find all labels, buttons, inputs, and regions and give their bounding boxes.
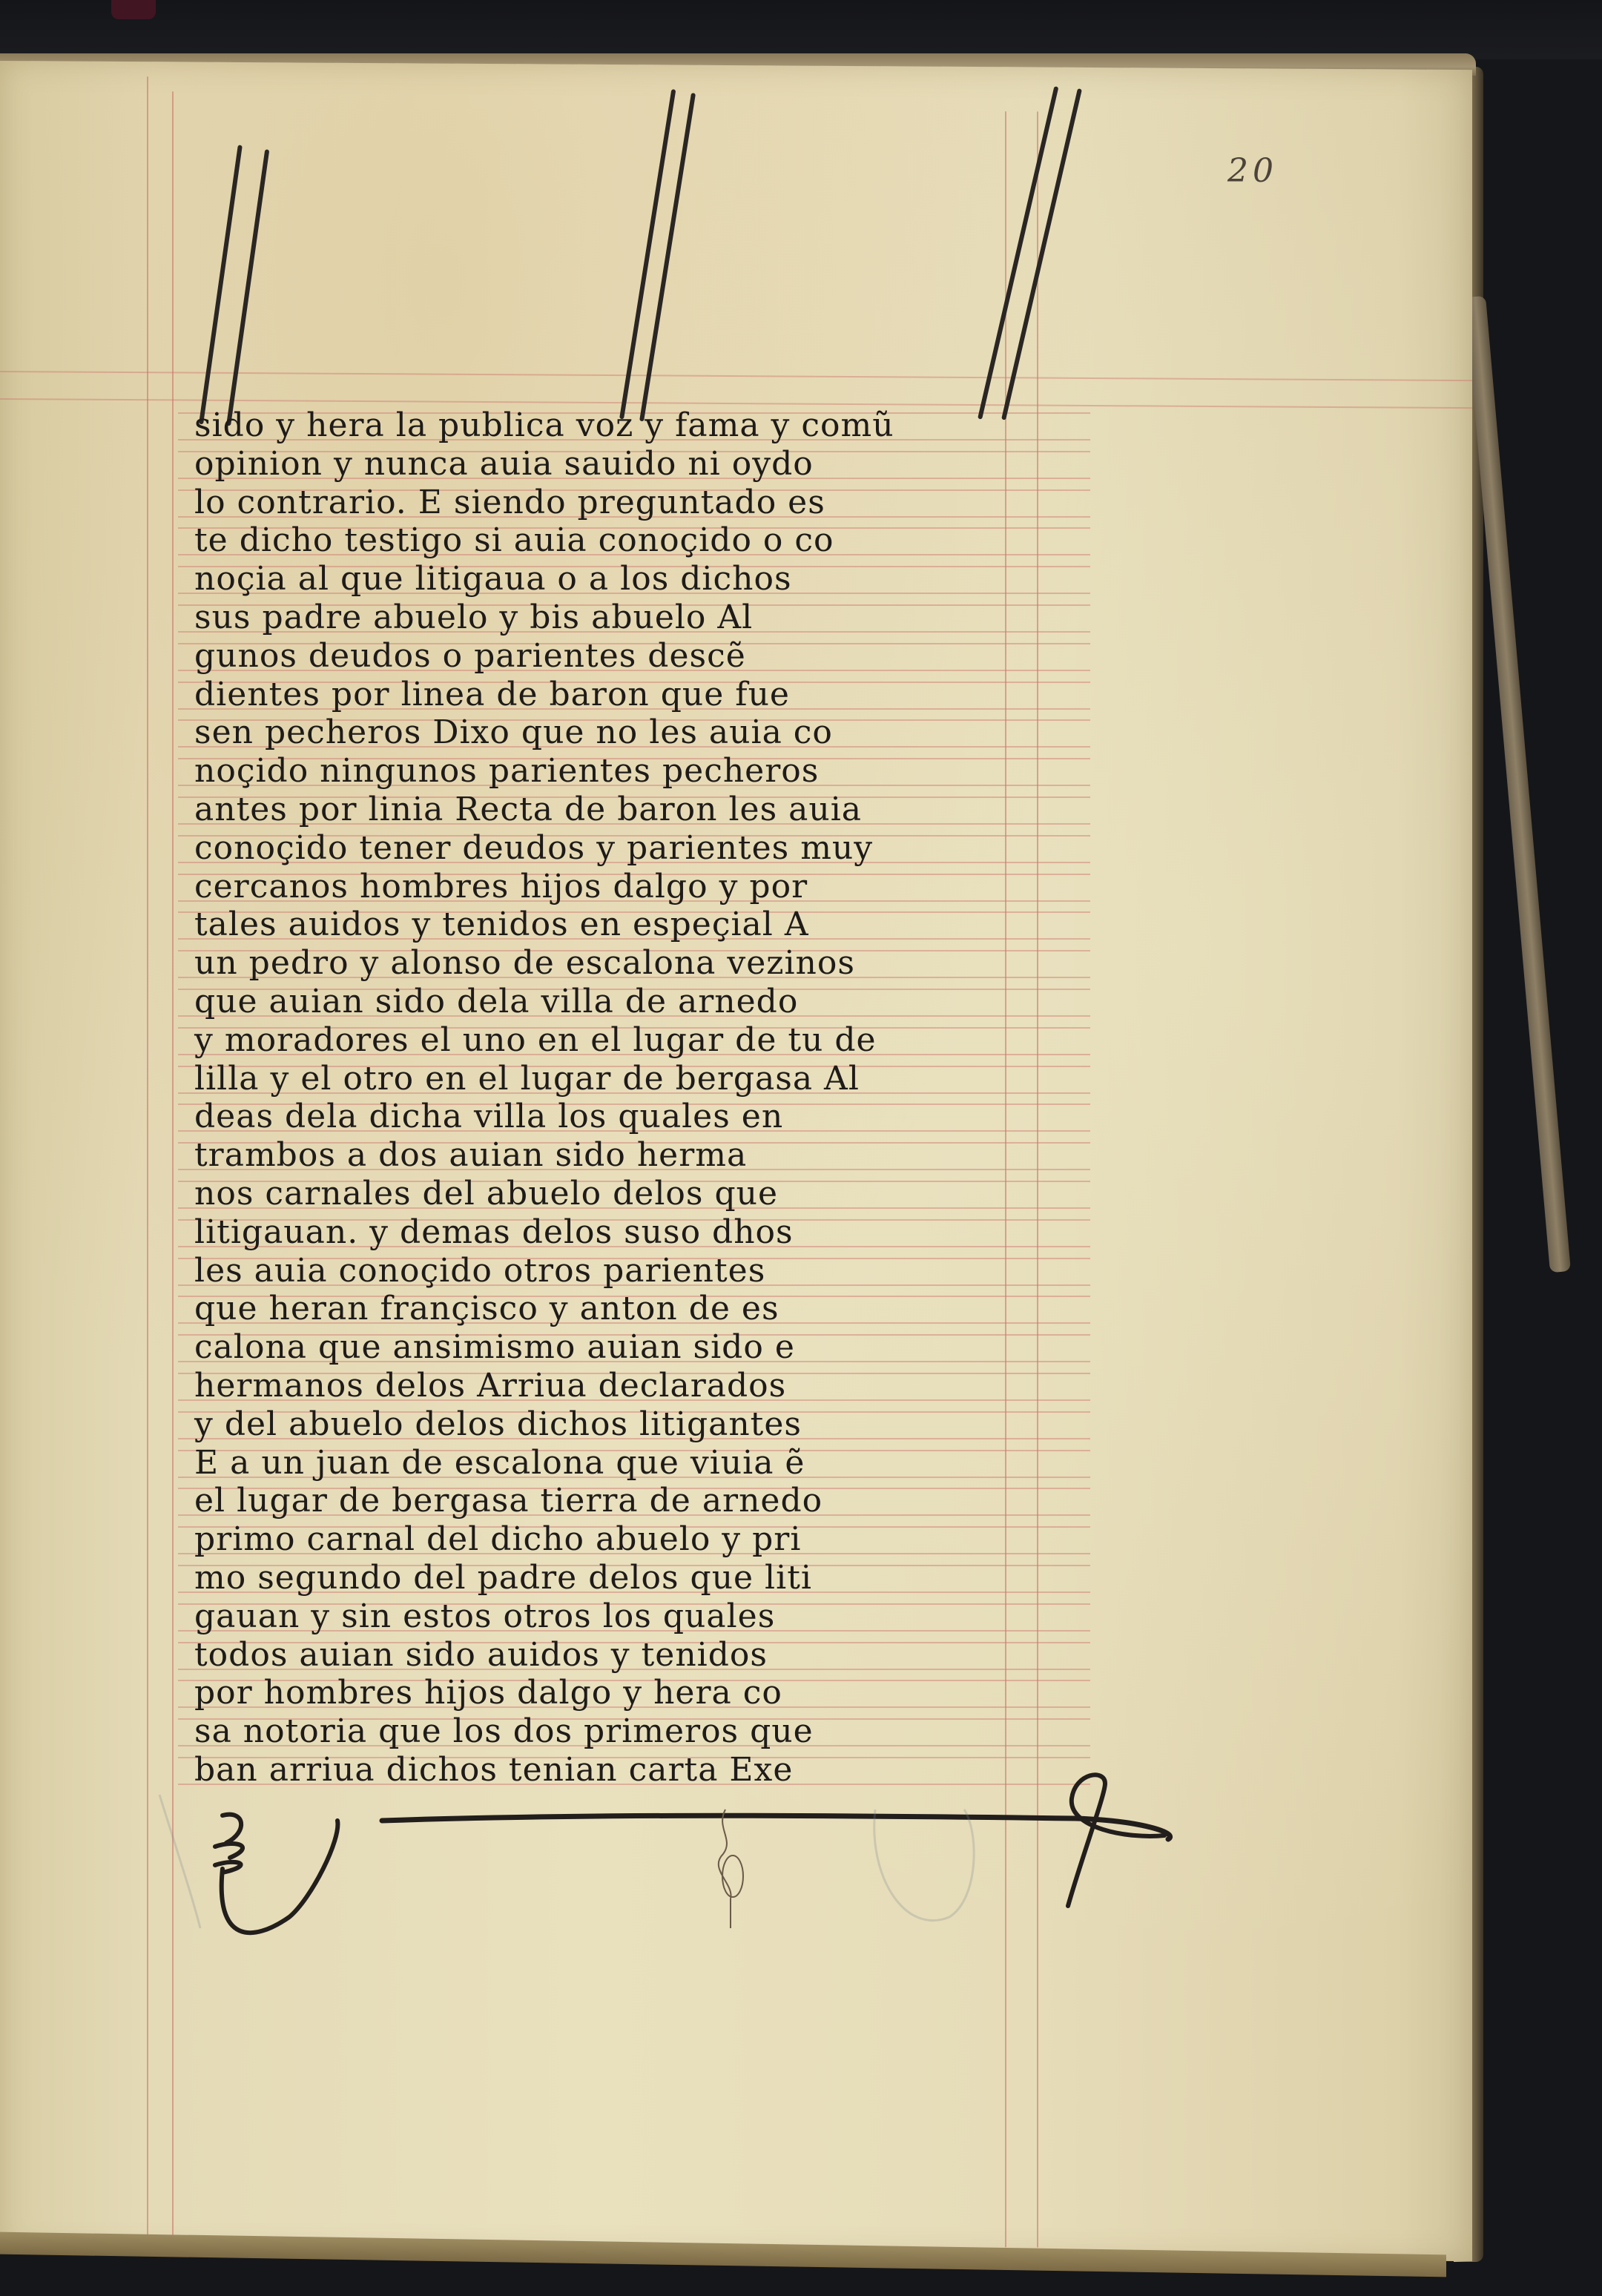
closing-flourish-icon [0,0,1602,2296]
